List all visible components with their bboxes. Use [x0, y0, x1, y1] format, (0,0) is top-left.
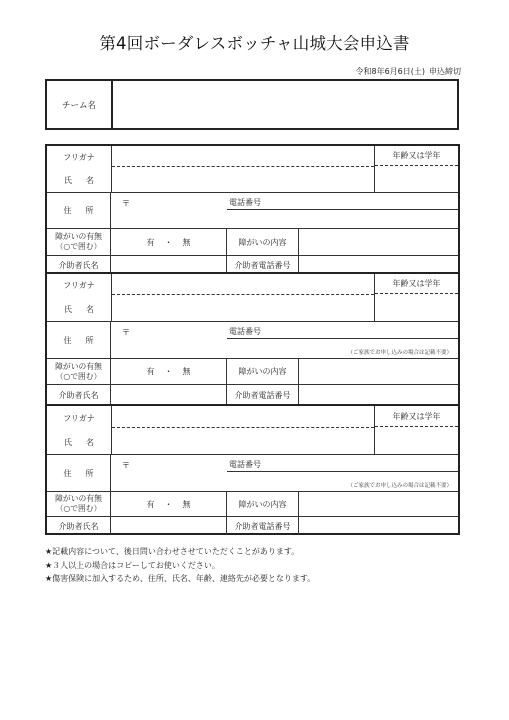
disability-choice[interactable]: 有・無 — [111, 359, 227, 384]
family-note: （ご家族でお申し込みの場合は記載不要） — [347, 348, 452, 356]
choice-separator: ・ — [165, 237, 173, 248]
age-label: 年齢又は学年 — [375, 406, 458, 427]
team-name-field[interactable] — [113, 81, 457, 128]
disability-label-sub: （○で囲む） — [56, 504, 102, 514]
furigana-label: フリガナ — [47, 146, 111, 169]
disability-label: 障がいの有無 （○で囲む） — [47, 492, 111, 516]
disability-choice[interactable]: 有・無 — [111, 229, 227, 255]
disability-label-sub: （○で囲む） — [56, 372, 102, 382]
carer-name-label: 介助者氏名 — [47, 517, 111, 535]
name-label: 氏名 — [47, 430, 111, 454]
carer-phone-label: 介助者電話番号 — [227, 385, 299, 406]
disability-choice[interactable]: 有・無 — [111, 492, 227, 516]
disability-detail-field[interactable] — [299, 492, 458, 516]
deadline-label: 申込締切 — [429, 67, 461, 76]
carer-name-field[interactable] — [111, 385, 227, 406]
age-label: 年齢又は学年 — [375, 274, 458, 294]
choice-yes[interactable]: 有 — [147, 237, 155, 248]
phone-label: 電話番号 — [227, 197, 458, 210]
choice-no[interactable]: 無 — [183, 499, 191, 510]
carer-phone-field[interactable] — [299, 517, 458, 535]
carer-name-field[interactable] — [111, 517, 227, 535]
address-label: 住所 — [47, 193, 111, 228]
phone-label: 電話番号 — [227, 326, 458, 339]
note-item: ★傷害保険に加入するため、住所、氏名、年齢、連絡先が必要となります。 — [45, 572, 315, 586]
phone-label: 電話番号 — [227, 459, 458, 472]
name-field[interactable] — [112, 295, 374, 321]
age-label: 年齢又は学年 — [375, 146, 458, 166]
choice-yes[interactable]: 有 — [147, 366, 155, 377]
name-label: 氏名 — [47, 169, 111, 192]
age-field[interactable] — [375, 166, 458, 192]
disability-detail-label: 障がいの内容 — [227, 492, 299, 516]
name-field[interactable] — [112, 167, 374, 192]
carer-phone-label: 介助者電話番号 — [227, 517, 299, 535]
family-note: （ご家族でお申し込みの場合は記載不要） — [347, 481, 452, 489]
address-field[interactable]: 〒 電話番号 （ご家族でお申し込みの場合は記載不要） — [111, 322, 458, 358]
choice-no[interactable]: 無 — [183, 237, 191, 248]
entry-block-1: フリガナ 氏名 年齢又は学年 住所 〒 電話番号 障がいの有無 （○で囲む） 有… — [45, 144, 460, 274]
postal-mark: 〒 — [122, 460, 130, 471]
deadline-date: 令和8年6月6日(土) — [355, 67, 425, 76]
disability-label-main: 障がいの有無 — [55, 362, 102, 372]
name-label: 氏名 — [47, 298, 111, 322]
disability-label-sub: （○で囲む） — [56, 242, 102, 252]
note-item: ★３人以上の場合はコピーしてお使いください。 — [45, 559, 315, 573]
carer-phone-field[interactable] — [299, 385, 458, 406]
choice-separator: ・ — [165, 366, 173, 377]
disability-detail-field[interactable] — [299, 229, 458, 255]
choice-separator: ・ — [165, 499, 173, 510]
age-field[interactable] — [375, 427, 458, 454]
note-item: ★記載内容について、後日問い合わせさせていただくことがあります。 — [45, 545, 315, 559]
entry-block-2: フリガナ 氏名 年齢又は学年 住所 〒 電話番号 （ご家族でお申し込みの場合は記… — [45, 272, 460, 406]
notes: ★記載内容について、後日問い合わせさせていただくことがあります。 ★３人以上の場… — [45, 545, 315, 586]
disability-label: 障がいの有無 （○で囲む） — [47, 359, 111, 384]
postal-mark: 〒 — [122, 327, 130, 338]
address-label: 住所 — [47, 455, 111, 491]
furigana-field[interactable] — [112, 146, 374, 167]
disability-label-main: 障がいの有無 — [55, 494, 102, 504]
address-field[interactable]: 〒 電話番号 （ご家族でお申し込みの場合は記載不要） — [111, 455, 458, 491]
choice-no[interactable]: 無 — [183, 366, 191, 377]
entry-block-3: フリガナ 氏名 年齢又は学年 住所 〒 電話番号 （ご家族でお申し込みの場合は記… — [45, 404, 460, 535]
address-field[interactable]: 〒 電話番号 — [111, 193, 458, 228]
page-title: 第4回ボーダレスボッチャ山城大会申込書 — [0, 30, 509, 54]
deadline: 令和8年6月6日(土)申込締切 — [355, 66, 461, 77]
postal-mark: 〒 — [122, 198, 130, 209]
disability-detail-field[interactable] — [299, 359, 458, 384]
choice-yes[interactable]: 有 — [147, 499, 155, 510]
team-name-label: チーム名 — [47, 81, 113, 128]
furigana-field[interactable] — [112, 274, 374, 295]
age-field[interactable] — [375, 294, 458, 321]
furigana-label: フリガナ — [47, 406, 111, 430]
disability-detail-label: 障がいの内容 — [227, 359, 299, 384]
carer-name-label: 介助者氏名 — [47, 385, 111, 406]
furigana-field[interactable] — [112, 406, 374, 428]
name-field[interactable] — [112, 428, 374, 454]
disability-label: 障がいの有無 （○で囲む） — [47, 229, 111, 255]
disability-detail-label: 障がいの内容 — [227, 229, 299, 255]
team-name-table: チーム名 — [45, 79, 459, 130]
disability-label-main: 障がいの有無 — [55, 232, 102, 242]
furigana-label: フリガナ — [47, 274, 111, 298]
address-label: 住所 — [47, 322, 111, 358]
